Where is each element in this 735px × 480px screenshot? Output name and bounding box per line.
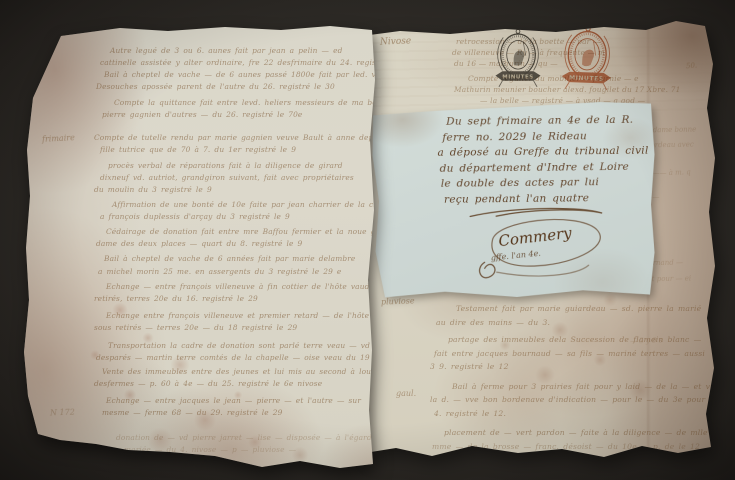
- left-page-margin-notes: frimaireN 172: [0, 0, 735, 480]
- margin-note: N 172: [50, 408, 75, 418]
- document-page-left: Autre legué de 3 ou 6. aunes fait par je…: [0, 0, 735, 480]
- margin-note: frimaire: [42, 133, 75, 144]
- archival-manuscript-photo: retrocession — de la boette — par —de vi…: [0, 0, 735, 480]
- left-page-wrap: Autre legué de 3 ou 6. aunes fait par je…: [0, 0, 735, 480]
